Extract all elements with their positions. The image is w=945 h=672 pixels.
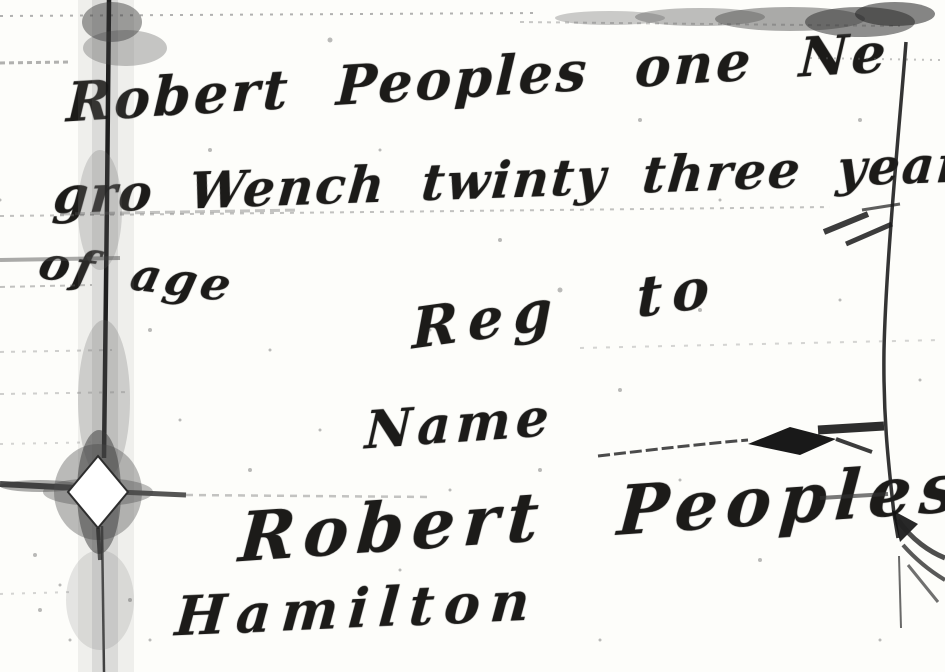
ink-blot-after-dash	[748, 427, 872, 455]
handwritten-line-1: Robert Peoples one Ne	[65, 20, 890, 135]
document-scan: Robert Peoples one Ne gro Wench twinty t…	[0, 0, 945, 672]
signature-robert-peoples: Robert Peoples	[236, 447, 945, 578]
trailing-dash	[598, 440, 748, 456]
handwritten-line-2: gro Wench twinty three years	[51, 133, 945, 225]
signature-hamilton: Hamilton	[173, 568, 542, 648]
fold-hole-diamond	[43, 430, 153, 560]
handwritten-line-name: Name	[364, 387, 555, 462]
handwritten-line-reg-to: Reg to	[412, 253, 719, 363]
right-edge-crease	[818, 42, 945, 628]
handwritten-line-3: of age	[34, 236, 240, 313]
